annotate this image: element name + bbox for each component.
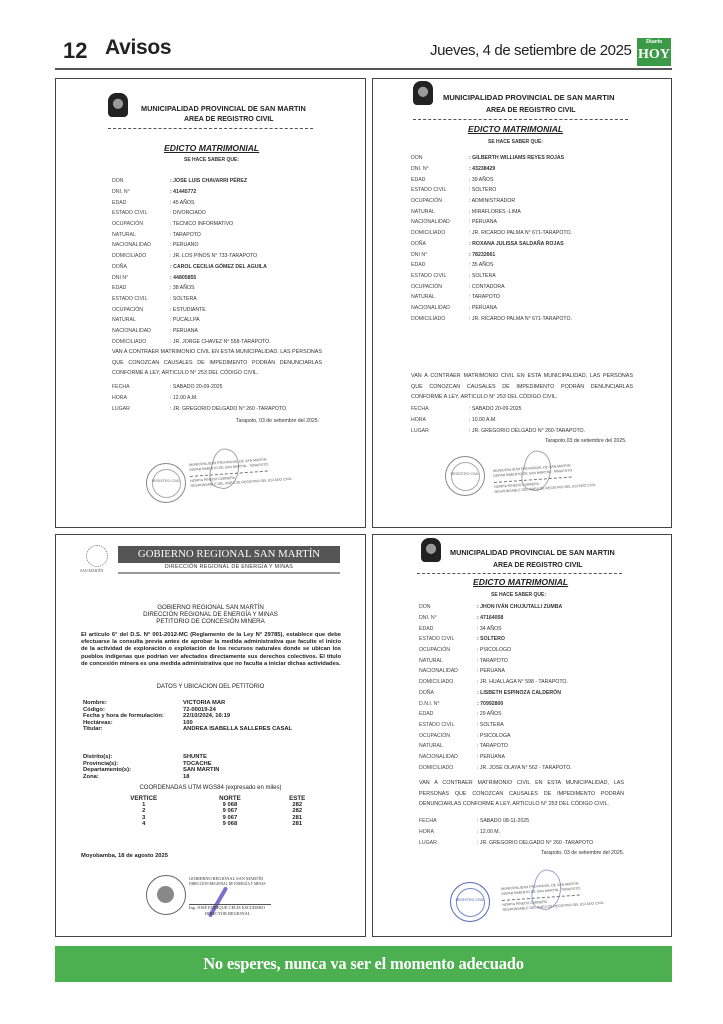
field-label: HORA: [419, 829, 477, 835]
field-label: DOMICILIADO: [419, 765, 477, 771]
field-label: NATURAL: [112, 317, 170, 323]
field-value: : JR. LOS PINOS N° 733-TARAPOTO: [170, 253, 257, 259]
kv-row: Provincia(s):TOCACHE: [83, 761, 219, 768]
kv-row: Zona:18: [83, 774, 219, 781]
edicto-notice-1: MUNICIPALIDAD PROVINCIAL DE SAN MARTIN A…: [55, 78, 366, 528]
sign-date: Tarapoto, 03 de setiembre del 2025.: [541, 850, 624, 856]
field-value: : TECNICO INFORMATIVO: [170, 221, 233, 227]
kv-row: Departamento(s):SAN MARTIN: [83, 767, 219, 774]
field-label: NATURAL: [419, 658, 477, 664]
field-label: ESTADO CIVIL: [411, 187, 469, 193]
edicto-title: EDICTO MATRIMONIAL: [468, 124, 563, 134]
kv-key: Nombre:: [83, 700, 183, 706]
field-row: NACIONALIDAD: PERUANO: [112, 240, 271, 251]
field-row: OCUPACIÓN: ADMINISTRADOR: [411, 196, 572, 207]
municipal-crest-icon: [421, 538, 441, 562]
field-label: DOMICILIADO: [411, 316, 469, 322]
field-label: ESTADO CIVIL: [419, 722, 477, 728]
field-value: : PERUANA: [469, 305, 497, 311]
field-label: NACIONALIDAD: [112, 328, 170, 334]
edicto-subtitle: SE HACE SABER QUE:: [491, 592, 546, 598]
field-label: ESTADO CIVIL: [419, 636, 477, 642]
sign-date: Tarapoto, 03 de setiembre del 2025.: [236, 418, 319, 424]
field-row: EDAD: 39 AÑOS: [411, 174, 572, 185]
muni-subtitle: AREA DE REGISTRO CIVIL: [184, 116, 274, 123]
field-value: : SOLTERA: [477, 722, 504, 728]
field-label: EDAD: [112, 285, 170, 291]
field-label: D.N.I. N°: [419, 701, 477, 707]
field-value: : ROXANA JULISSA SALDAÑA ROJAS: [469, 241, 564, 247]
coords-header: VERTICE: [96, 795, 191, 802]
field-label: DOMICILIADO: [411, 230, 469, 236]
muni-subtitle: AREA DE REGISTRO CIVIL: [493, 562, 583, 569]
gobierno-doc: SAN MARTÍN GOBIERNO REGIONAL SAN MARTÍN …: [56, 535, 365, 936]
registro-civil-seal-icon: REGISTRO CIVIL: [450, 882, 490, 922]
field-value: : ESTUDIANTE: [170, 307, 206, 313]
field-value: : 35 AÑOS: [469, 262, 494, 268]
field-label: FECHA: [419, 818, 477, 824]
coords-cell: 281: [268, 821, 326, 827]
field-value: : PSICOLOGA: [477, 733, 510, 739]
field-row: D.N.I. N°: 70992800: [419, 698, 572, 709]
field-label: OCUPACIÓN: [411, 198, 469, 204]
field-label: EDAD: [112, 200, 170, 206]
kv-key: Zona:: [83, 774, 183, 780]
field-label: OCUPACIÓN: [112, 221, 170, 227]
coords-cell: 4: [96, 821, 191, 827]
field-row: OCUPACIÓN: PSICOLOGO: [419, 645, 572, 656]
field-label: OCUPACIÓN: [419, 647, 477, 653]
signature-block: MUNICIPALIDAD PROVINCIAL DE SAN MARTIN D…: [189, 456, 292, 489]
coords-header: NORTE: [191, 795, 268, 802]
field-value: : TARAPOTO: [477, 658, 508, 664]
field-value: : PERUANA: [477, 668, 505, 674]
field-value: : TARAPOTO: [477, 743, 508, 749]
kv-key: Titular:: [83, 726, 183, 732]
field-label: DON: [112, 178, 170, 184]
field-row: EDAD: 35 AÑOS: [411, 260, 572, 271]
field-value: : 34 AÑOS: [477, 626, 502, 632]
field-value: : 39 AÑOS: [469, 177, 494, 183]
field-row: DON: JOSE LUIS CHAVARRI PÉREZ: [112, 176, 271, 187]
logo-big-text: HOY: [637, 47, 671, 63]
ubicacion-list: Distrito(s):SHUNTEProvincia(s):TOCACHEDe…: [83, 754, 219, 780]
edicto-notice-2: MUNICIPALIDAD PROVINCIAL DE SAN MARTIN A…: [372, 78, 672, 528]
field-label: EDAD: [419, 626, 477, 632]
field-label: NATURAL: [419, 743, 477, 749]
field-value: : JHON IVÁN CHUJUTALLI ZUMBA: [477, 604, 562, 610]
field-row: FECHA: SABADO 08-11-2025: [419, 816, 593, 827]
field-value: : SOLTERO: [469, 187, 496, 193]
kv-key: Hectáreas:: [83, 720, 183, 726]
edicto-subtitle: SE HACE SABER QUE:: [184, 157, 239, 163]
field-value: : TARAPOTO: [170, 232, 201, 238]
field-row: EDAD: 29 AÑOS: [419, 709, 572, 720]
field-label: ESTADO CIVIL: [112, 296, 170, 302]
field-row: DNI. N°: 43238429: [411, 164, 572, 175]
field-value: : 41445772: [170, 189, 196, 195]
field-row: NATURAL: PUCALLPA: [112, 315, 271, 326]
footer-slogan: No esperes, nunca va ser el momento adec…: [203, 954, 524, 973]
field-value: : 47164058: [477, 615, 503, 621]
registro-civil-seal-icon: REGISTRO CIVIL: [146, 463, 186, 503]
kv-key: Departamento(s):: [83, 767, 183, 773]
muni-subtitle: AREA DE REGISTRO CIVIL: [486, 107, 576, 114]
field-value: : PSICOLOGO: [477, 647, 511, 653]
signature-block: MUNICIPALIDAD PROVINCIAL DE SAN MARTIN D…: [501, 880, 604, 913]
field-row: OCUPACIÓN: TECNICO INFORMATIVO: [112, 219, 271, 230]
header-divider: [55, 68, 672, 70]
kv-key: Distrito(s):: [83, 754, 183, 760]
coords-table: VERTICENORTEESTE 19 06828229 06728239 06…: [96, 795, 326, 827]
edicto-title: EDICTO MATRIMONIAL: [473, 577, 568, 587]
field-label: DNI. N°: [419, 615, 477, 621]
field-value: : 10.00 A.M.: [469, 417, 497, 423]
field-row: ESTADO CIVIL: SOLTERA: [411, 271, 572, 282]
field-label: NACIONALIDAD: [419, 754, 477, 760]
field-value: : SABADO 08-11-2025: [477, 818, 529, 824]
field-value: : ADMINISTRADOR: [469, 198, 515, 204]
field-label: NATURAL: [112, 232, 170, 238]
field-row: OCUPACIÓN: ESTUDIANTE: [112, 304, 271, 315]
field-value: : TARAPOTO: [469, 294, 500, 300]
field-row: DNI. N°: 47164058: [419, 613, 572, 624]
kv-value: 22/10/2024, 16:19: [183, 713, 230, 719]
page-header: 12 Avisos Jueves, 4 de setiembre de 2025…: [55, 36, 672, 66]
field-row: DOMICILIADO: JR. RICARDO PALMA N° 671-TA…: [411, 228, 572, 239]
place-date: Moyobamba, 18 de agosto 2025: [81, 853, 168, 859]
field-value: : PUCALLPA: [170, 317, 200, 323]
field-value: : SABADO 20-09-2025: [170, 384, 222, 390]
signature-block: MUNICIPALIDAD PROVINCIAL DE SAN MARTIN D…: [493, 462, 596, 495]
sign-date: Tarapoto,03 de setiembre del 2025.: [545, 438, 627, 444]
kv-key: Fecha y hora de formulación:: [83, 713, 183, 719]
field-label: DNI. N°: [411, 166, 469, 172]
field-value: : MIRAFLORES -LIMA: [469, 209, 521, 215]
signature-block: GOBIERNO REGIONAL SAN MARTÍN DIRECCIÓN R…: [189, 876, 271, 916]
field-row: DOÑA: LISBETH ESPINOZA CALDERÓN: [419, 688, 572, 699]
gobierno-banner: GOBIERNO REGIONAL SAN MARTÍN: [118, 546, 340, 563]
edicto-notice-3: MUNICIPALIDAD PROVINCIAL DE SAN MARTIN A…: [372, 534, 672, 937]
field-row: DON: JHON IVÁN CHUJUTALLI ZUMBA: [419, 602, 572, 613]
edicto-subtitle: SE HACE SABER QUE:: [488, 139, 543, 145]
field-value: : PERUANA: [477, 754, 505, 760]
field-value: : CAROL CECILIA GÓMEZ DEL AGUILA: [170, 264, 267, 270]
field-label: DOMICILIADO: [419, 679, 477, 685]
kv-row: Titular:ANDREA ISABELLA SALLERES CASAL: [83, 726, 292, 733]
kv-value: 72-00019-24: [183, 707, 216, 713]
edicto-fields: DON: JHON IVÁN CHUJUTALLI ZUMBADNI. N°: …: [419, 602, 572, 773]
field-row: HORA: 12.00 A.M.: [112, 393, 287, 404]
field-value: : 70992800: [477, 701, 503, 707]
field-row: DOMICILIADO: JR. HUALLAGA N° 598 - TARAP…: [419, 677, 572, 688]
field-label: OCUPACIÓN: [411, 284, 469, 290]
banner-divider: [118, 572, 340, 574]
field-value: : PERUANO: [170, 242, 199, 248]
field-row: DOMICILIADO: JR. JOSE OLAYA N° 562 - TAR…: [419, 762, 572, 773]
field-value: : JR. RICARDO PALMA N° 671-TARAPOTO.: [469, 230, 572, 236]
field-value: : GILBERTH WILLIAMS REYES ROJAS: [469, 155, 564, 161]
field-value: : JR. GREGORIO DELGADO N° 260-TARAPOTO.: [469, 428, 585, 434]
field-row: LUGAR: JR. GREGORIO DELGADO N° 260 -TARA…: [419, 837, 593, 848]
divider: [413, 119, 628, 120]
field-value: : LISBETH ESPINOZA CALDERÓN: [477, 690, 561, 696]
edicto-doc: MUNICIPALIDAD PROVINCIAL DE SAN MARTIN A…: [373, 535, 671, 936]
edicto-doc: MUNICIPALIDAD PROVINCIAL DE SAN MARTIN A…: [373, 79, 671, 527]
page-number: 12: [63, 38, 87, 64]
mining-concession-notice: SAN MARTÍN GOBIERNO REGIONAL SAN MARTÍN …: [55, 534, 366, 937]
field-row: DNI N°: 78232661: [411, 249, 572, 260]
edicto-fields: DON: GILBERTH WILLIAMS REYES ROJASDNI. N…: [411, 153, 572, 324]
field-label: HORA: [411, 417, 469, 423]
field-value: : SOLTERO: [477, 636, 505, 642]
field-row: NACIONALIDAD: PERUANA: [112, 326, 271, 337]
field-value: : JOSE LUIS CHAVARRI PÉREZ: [170, 178, 247, 184]
coords-title: COORDENADAS UTM WGS84 (expresado en mile…: [56, 785, 365, 791]
field-value: : DIVORCIADO: [170, 210, 206, 216]
field-value: : JR. GREGORIO DELGADO N° 260 -TARAPOTO: [477, 840, 593, 846]
field-row: NACIONALIDAD: PERUANA: [411, 303, 572, 314]
footer-slogan-banner: No esperes, nunca va ser el momento adec…: [55, 946, 672, 982]
field-value: : SOLTERA: [170, 296, 197, 302]
datos-title: DATOS Y UBICACION DEL PETITORIO: [56, 684, 365, 690]
field-label: DON: [419, 604, 477, 610]
field-row: DNI N°: 44805855: [112, 272, 271, 283]
field-label: DOÑA: [411, 241, 469, 247]
field-label: ESTADO CIVIL: [411, 273, 469, 279]
kv-key: Código:: [83, 707, 183, 713]
field-row: HORA: 12.00 M.: [419, 827, 593, 838]
field-label: EDAD: [419, 711, 477, 717]
field-row: DOMICILIADO: JR. JORGE CHAVEZ N° 558-TAR…: [112, 336, 271, 347]
field-value: : CONTADORA: [469, 284, 505, 290]
banner-subtitle: DIRECCIÓN REGIONAL DE ENERGÍA Y MINAS: [118, 564, 340, 570]
divider: [417, 573, 622, 574]
field-row: ESTADO CIVIL: SOLTERA: [419, 720, 572, 731]
field-row: DOMICILIADO: JR. LOS PINOS N° 733-TARAPO…: [112, 251, 271, 262]
issue-date: Jueves, 4 de setiembre de 2025: [430, 42, 631, 59]
field-label: DNI N°: [112, 275, 170, 281]
coords-cell: 9 068: [191, 821, 268, 827]
field-row: LUGAR: JR. GREGORIO DELGADO N° 260 -TARA…: [112, 403, 287, 414]
notice-heading-2: DIRECCIÓN REGIONAL DE ENERGÍA Y MINAS: [56, 611, 365, 618]
muni-title: MUNICIPALIDAD PROVINCIAL DE SAN MARTIN: [443, 93, 614, 102]
field-label: NACIONALIDAD: [411, 219, 469, 225]
field-row: DON: GILBERTH WILLIAMS REYES ROJAS: [411, 153, 572, 164]
field-label: NACIONALIDAD: [411, 305, 469, 311]
field-label: FECHA: [411, 406, 469, 412]
field-row: NATURAL: TARAPOTO: [419, 655, 572, 666]
diario-hoy-logo: Diario HOY: [637, 38, 671, 66]
field-row: DOÑA: CAROL CECILIA GÓMEZ DEL AGUILA: [112, 262, 271, 273]
notice-heading-3: PETITORIO DE CONCESIÓN MINERA: [56, 618, 365, 625]
kv-value: VICTORIA MAR: [183, 700, 225, 706]
edicto-paragraph: VAN A CONTRAER MATRIMONIO CIVIL EN ESTA …: [419, 778, 624, 810]
registro-civil-seal-icon: REGISTRO CIVIL: [445, 456, 485, 496]
field-row: NATURAL: TARAPOTO: [419, 741, 572, 752]
kv-row: Distrito(s):SHUNTE: [83, 754, 219, 761]
edicto-event: FECHA: SABADO 20-09-2025HORA: 10.00 A.M.…: [411, 404, 585, 436]
field-label: DOMICILIADO: [112, 339, 170, 345]
field-row: DOMICILIADO: JR. RICARDO PALMA N° 671-TA…: [411, 313, 572, 324]
edicto-event: FECHA: SABADO 08-11-2025HORA: 12.00 M.LU…: [419, 816, 593, 848]
field-value: : JR. RICARDO PALMA N° 671-TARAPOTO.: [469, 316, 572, 322]
field-row: FECHA: SABADO 20-09-2025: [411, 404, 585, 415]
municipal-crest-icon: [108, 93, 128, 117]
field-row: ESTADO CIVIL: SOLTERO: [411, 185, 572, 196]
field-row: NATURAL: TARAPOTO: [112, 229, 271, 240]
field-label: NACIONALIDAD: [112, 242, 170, 248]
field-row: NACIONALIDAD: PERUANA: [419, 666, 572, 677]
field-value: : PERUANA: [469, 219, 497, 225]
field-label: NACIONALIDAD: [419, 668, 477, 674]
field-row: OCUPACIÓN: PSICOLOGA: [419, 730, 572, 741]
field-value: : 12.00 M.: [477, 829, 500, 835]
field-value: : JR. JORGE CHAVEZ N° 558-TARAPOTO.: [170, 339, 271, 345]
field-value: : 45 AÑOS: [170, 200, 195, 206]
edicto-paragraph: VAN A CONTRAER MATRIMONIO CIVIL EN ESTA …: [411, 371, 633, 403]
field-label: DOMICILIADO: [112, 253, 170, 259]
field-label: OCUPACIÓN: [112, 307, 170, 313]
field-row: OCUPACIÓN: CONTADORA: [411, 281, 572, 292]
kv-value: TOCACHE: [183, 761, 212, 767]
field-label: LUGAR: [419, 840, 477, 846]
divider: [108, 128, 313, 129]
edicto-doc: MUNICIPALIDAD PROVINCIAL DE SAN MARTIN A…: [56, 79, 365, 527]
field-value: : 38 AÑOS: [170, 285, 195, 291]
field-row: HORA: 10.00 A.M.: [411, 415, 585, 426]
field-value: : 43238429: [469, 166, 495, 172]
kv-key: Provincia(s):: [83, 761, 183, 767]
field-row: EDAD: 34 AÑOS: [419, 623, 572, 634]
table-row: 49 068281: [96, 821, 326, 827]
kv-value: SHUNTE: [183, 754, 207, 760]
field-label: ESTADO CIVIL: [112, 210, 170, 216]
field-row: EDAD: 38 AÑOS: [112, 283, 271, 294]
municipal-crest-icon: [413, 81, 433, 105]
edicto-event: FECHA: SABADO 20-09-2025HORA: 12.00 A.M.…: [112, 382, 287, 414]
notice-heading-1: GOBIERNO REGIONAL SAN MARTÍN: [56, 604, 365, 611]
gobierno-seal-icon: [146, 875, 186, 915]
field-row: ESTADO CIVIL: SOLTERA: [112, 294, 271, 305]
field-row: NATURAL: MIRAFLORES -LIMA: [411, 206, 572, 217]
section-title: Avisos: [105, 36, 171, 60]
kv-value: 100: [183, 720, 193, 726]
field-label: HORA: [112, 395, 170, 401]
field-label: DOÑA: [419, 690, 477, 696]
field-value: : JR. JOSE OLAYA N° 562 - TARAPOTO.: [477, 765, 572, 771]
field-value: : 12.00 A.M.: [170, 395, 198, 401]
san-martin-emblem-icon: [86, 545, 108, 567]
field-label: EDAD: [411, 177, 469, 183]
field-value: : 44805855: [170, 275, 196, 281]
field-row: ESTADO CIVIL: SOLTERO: [419, 634, 572, 645]
field-label: LUGAR: [411, 428, 469, 434]
edicto-fields: DON: JOSE LUIS CHAVARRI PÉREZDNI. N°: 41…: [112, 176, 271, 347]
field-row: DOÑA: ROXANA JULISSA SALDAÑA ROJAS: [411, 239, 572, 250]
field-row: EDAD: 45 AÑOS: [112, 197, 271, 208]
field-label: NATURAL: [411, 209, 469, 215]
field-label: DNI. N°: [112, 189, 170, 195]
field-row: DNI. N°: 41445772: [112, 187, 271, 198]
notice-body: El artículo 6° del D.S. N° 001-2012-MC (…: [81, 632, 341, 668]
field-label: LUGAR: [112, 406, 170, 412]
field-row: ESTADO CIVIL: DIVORCIADO: [112, 208, 271, 219]
field-row: NACIONALIDAD: PERUANA: [419, 752, 572, 763]
field-row: FECHA: SABADO 20-09-2025: [112, 382, 287, 393]
field-row: NATURAL: TARAPOTO: [411, 292, 572, 303]
kv-value: SAN MARTIN: [183, 767, 219, 773]
field-value: : JR. GREGORIO DELGADO N° 260 -TARAPOTO.: [170, 406, 287, 412]
edicto-title: EDICTO MATRIMONIAL: [164, 143, 259, 153]
field-label: EDAD: [411, 262, 469, 268]
field-value: : 29 AÑOS: [477, 711, 502, 717]
field-row: NACIONALIDAD: PERUANA: [411, 217, 572, 228]
muni-title: MUNICIPALIDAD PROVINCIAL DE SAN MARTIN: [141, 104, 306, 113]
field-label: NATURAL: [411, 294, 469, 300]
emblem-caption: SAN MARTÍN: [80, 569, 103, 573]
field-row: LUGAR: JR. GREGORIO DELGADO N° 260-TARAP…: [411, 425, 585, 436]
field-value: : SOLTERA: [469, 273, 496, 279]
edicto-paragraph: VAN A CONTRAER MATRIMONIO CIVIL EN ESTA …: [112, 347, 322, 379]
kv-value: ANDREA ISABELLA SALLERES CASAL: [183, 726, 292, 732]
field-label: DNI N°: [411, 252, 469, 258]
field-value: : PERUANA: [170, 328, 198, 334]
field-value: : SABADO 20-09-2025: [469, 406, 521, 412]
muni-title: MUNICIPALIDAD PROVINCIAL DE SAN MARTIN: [450, 548, 615, 557]
field-label: FECHA: [112, 384, 170, 390]
field-value: : 78232661: [469, 252, 495, 258]
logo-small-text: Diario: [637, 38, 671, 47]
field-label: DON: [411, 155, 469, 161]
field-label: OCUPACIÓN: [419, 733, 477, 739]
field-label: DOÑA: [112, 264, 170, 270]
coords-header: ESTE: [268, 795, 326, 802]
datos-list: Nombre:VICTORIA MARCódigo:72-00019-24Fec…: [83, 700, 292, 733]
field-value: : JR. HUALLAGA N° 598 - TARAPOTO.: [477, 679, 568, 685]
kv-value: 18: [183, 774, 189, 780]
